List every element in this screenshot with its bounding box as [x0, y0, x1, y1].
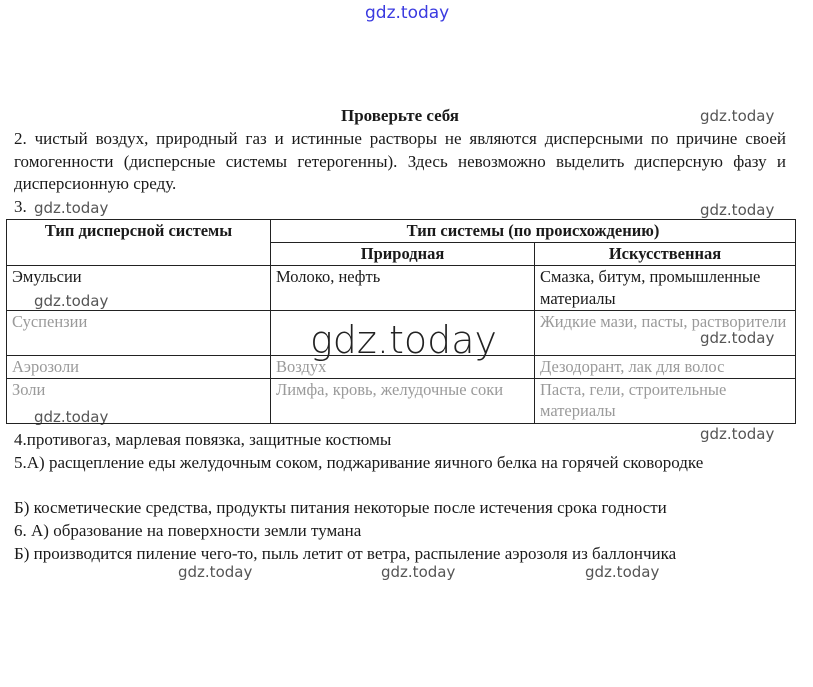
cell-natural: Молоко, нефть — [271, 266, 535, 311]
header-natural: Природная — [271, 243, 535, 266]
cell-natural: Лимфа, кровь, желудочные соки — [271, 378, 535, 423]
watermark: gdz.today — [585, 563, 659, 581]
cell-artificial: Паста, гели, строительные материалы — [535, 378, 796, 423]
answer-2: 2. чистый воздух, природный газ и истинн… — [14, 128, 786, 196]
cell-artificial: Смазка, битум, промышленные материалы — [535, 266, 796, 311]
header-origin: Тип системы (по происхождению) — [271, 220, 796, 243]
header-system-type: Тип дисперсной системы — [7, 220, 271, 266]
disperse-systems-table: Тип дисперсной системы Тип системы (по п… — [6, 219, 796, 424]
cell-artificial: Жидкие мази, пасты, растворители — [535, 311, 796, 356]
answer-6b: Б) производится пиление чего-то, пыль ле… — [14, 543, 786, 566]
table-row: Суспензии Жидкие мази, пасты, растворите… — [7, 311, 796, 356]
section-title: Проверьте себя — [0, 106, 800, 126]
answer-5a: 5.А) расщепление еды желудочным соком, п… — [14, 452, 786, 475]
watermark-top: gdz.today — [365, 3, 449, 23]
watermark: gdz.today — [178, 563, 252, 581]
cell-natural: Воздух — [271, 356, 535, 379]
answer-5b: Б) косметические средства, продукты пита… — [14, 497, 786, 520]
answer-3-label: 3. — [14, 196, 786, 219]
header-artificial: Искусственная — [535, 243, 796, 266]
table-row: Золи Лимфа, кровь, желудочные соки Паста… — [7, 378, 796, 423]
cell-type: Золи — [7, 378, 271, 423]
answer-6a: 6. А) образование на поверхности земли т… — [14, 520, 786, 543]
table-row: Аэрозоли Воздух Дезодорант, лак для воло… — [7, 356, 796, 379]
cell-type: Аэрозоли — [7, 356, 271, 379]
cell-natural — [271, 311, 535, 356]
watermark: gdz.today — [381, 563, 455, 581]
cell-artificial: Дезодорант, лак для волос — [535, 356, 796, 379]
cell-type: Суспензии — [7, 311, 271, 356]
cell-type: Эмульсии — [7, 266, 271, 311]
table-row: Эмульсии Молоко, нефть Смазка, битум, пр… — [7, 266, 796, 311]
answer-4: 4.противогаз, марлевая повязка, защитные… — [14, 429, 786, 452]
